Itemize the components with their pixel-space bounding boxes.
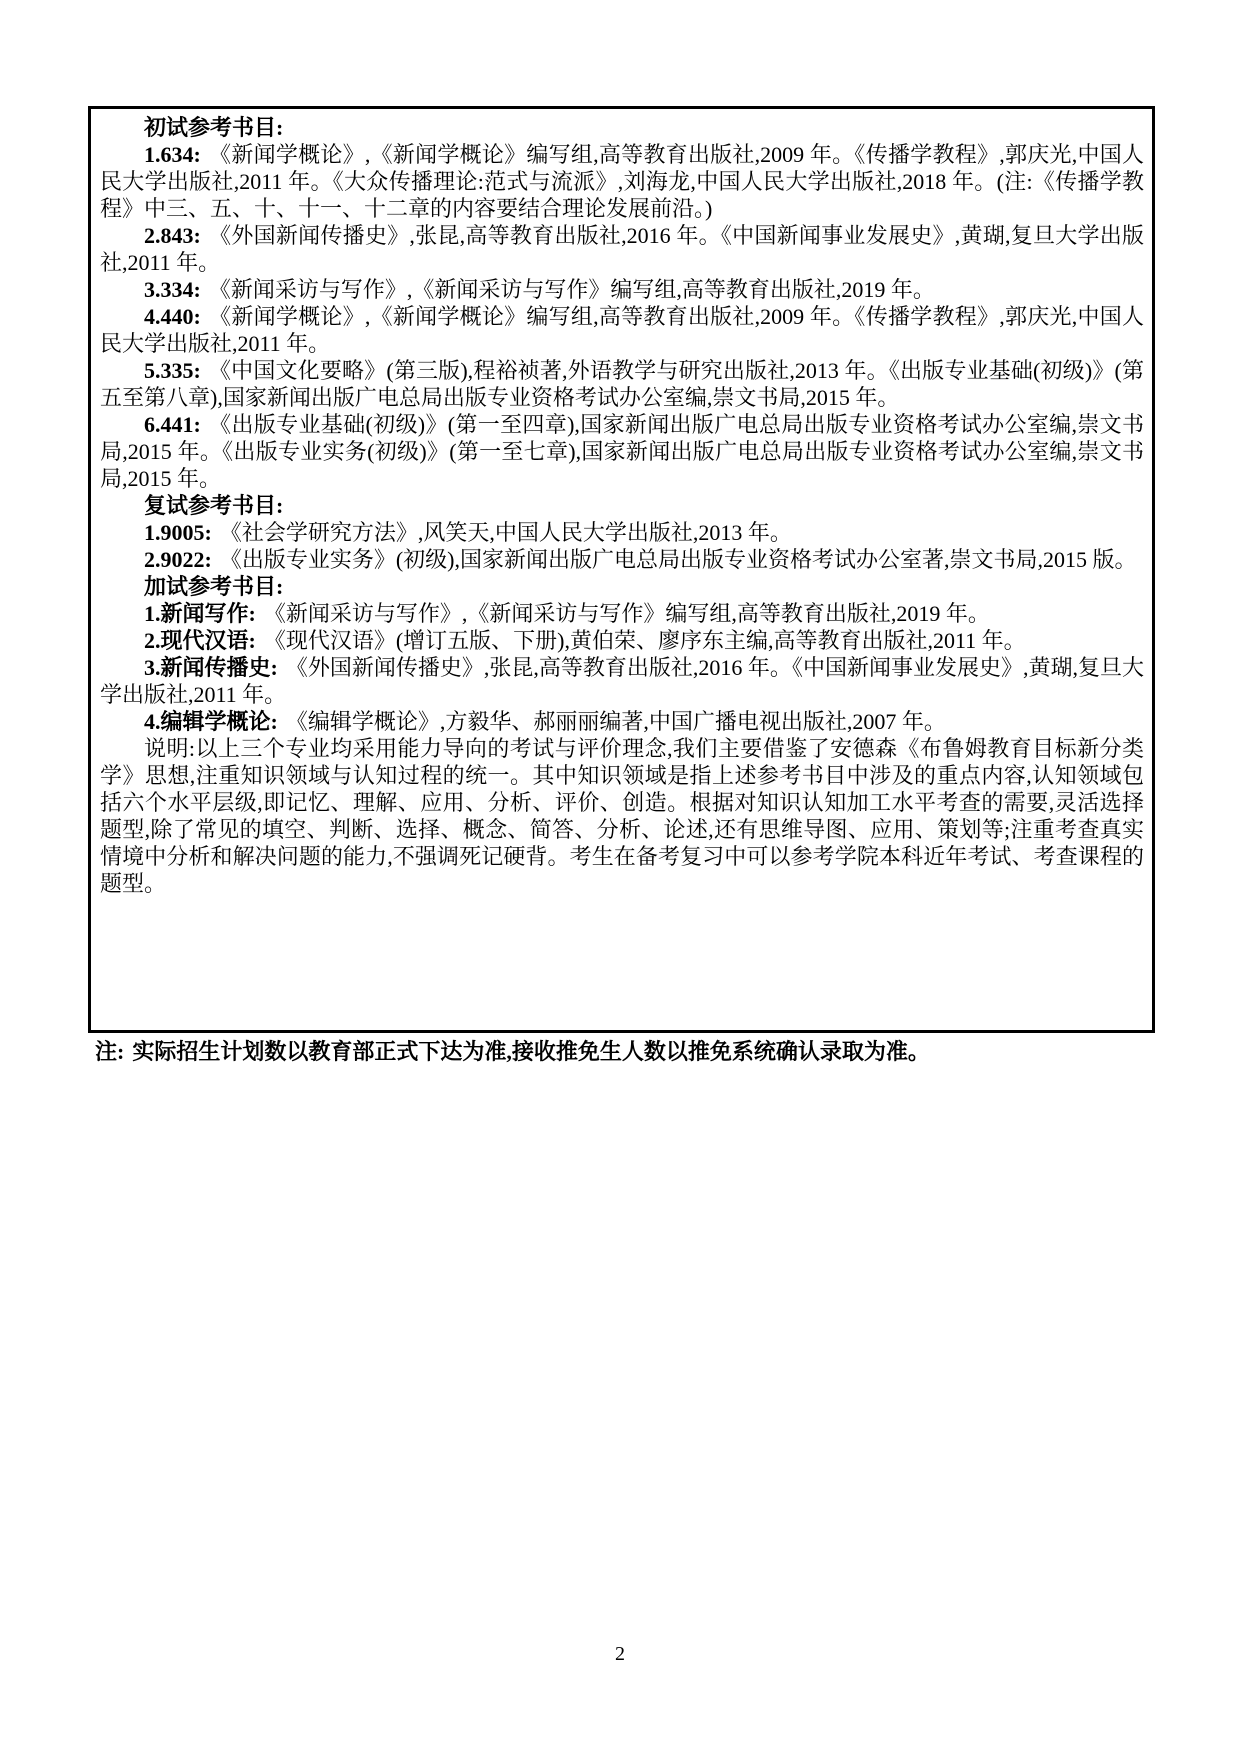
item-text: 《中国文化要略》(第三版),程裕祯著,外语教学与研究出版社,2013 年。《出版… xyxy=(100,358,1144,410)
item-text: 《外国新闻传播史》,张昆,高等教育出版社,2016 年。《中国新闻事业发展史》,… xyxy=(100,223,1144,275)
item-label: 5.335: xyxy=(144,358,201,383)
book-list-item: 1.9005:《社会学研究方法》,风笑天,中国人民大学出版社,2013 年。 xyxy=(100,519,1144,546)
item-text: 《编辑学概论》,方毅华、郝丽丽编著,中国广播电视出版社,2007 年。 xyxy=(286,709,946,734)
book-list-item: 1.634:《新闻学概论》,《新闻学概论》编写组,高等教育出版社,2009 年。… xyxy=(100,141,1144,222)
item-label: 4.440: xyxy=(144,304,201,329)
admission-note: 注:实际招生计划数以教育部正式下达为准,接收推免生人数以推免系统确认录取为准。 xyxy=(95,1038,1157,1065)
book-list-item: 2.9022:《出版专业实务》(初级),国家新闻出版广电总局出版专业资格考试办公… xyxy=(100,546,1144,573)
explanation-paragraph: 说明:以上三个专业均采用能力导向的考试与评价理念,我们主要借鉴了安德森《布鲁姆教… xyxy=(100,735,1144,897)
book-list-item: 6.441:《出版专业基础(初级)》(第一至四章),国家新闻出版广电总局出版专业… xyxy=(100,411,1144,492)
item-text: 《新闻采访与写作》,《新闻采访与写作》编写组,高等教育出版社,2019 年。 xyxy=(209,277,935,302)
item-label: 6.441: xyxy=(144,412,201,437)
item-label: 1.634: xyxy=(144,142,201,167)
document-page: 初试参考书目:1.634:《新闻学概论》,《新闻学概论》编写组,高等教育出版社,… xyxy=(0,0,1240,1754)
book-list-item: 4.编辑学概论:《编辑学概论》,方毅华、郝丽丽编著,中国广播电视出版社,2007… xyxy=(100,708,1144,735)
item-text: 《社会学研究方法》,风笑天,中国人民大学出版社,2013 年。 xyxy=(220,520,792,545)
reference-books-box: 初试参考书目:1.634:《新闻学概论》,《新闻学概论》编写组,高等教育出版社,… xyxy=(88,106,1155,1033)
item-label: 3.新闻传播史: xyxy=(144,655,278,680)
section-heading: 加试参考书目: xyxy=(100,573,1144,600)
item-text: 《新闻学概论》,《新闻学概论》编写组,高等教育出版社,2009 年。《传播学教程… xyxy=(100,142,1144,221)
book-list-item: 3.新闻传播史:《外国新闻传播史》,张昆,高等教育出版社,2016 年。《中国新… xyxy=(100,654,1144,708)
item-text: 《新闻学概论》,《新闻学概论》编写组,高等教育出版社,2009 年。《传播学教程… xyxy=(100,304,1144,356)
item-text: 《出版专业基础(初级)》(第一至四章),国家新闻出版广电总局出版专业资格考试办公… xyxy=(100,412,1144,491)
page-number: 2 xyxy=(0,1642,1240,1666)
section-heading: 复试参考书目: xyxy=(100,492,1144,519)
book-list-item: 1.新闻写作:《新闻采访与写作》,《新闻采访与写作》编写组,高等教育出版社,20… xyxy=(100,600,1144,627)
note-label: 注: xyxy=(95,1039,124,1064)
item-label: 2.843: xyxy=(144,223,201,248)
book-list-item: 3.334:《新闻采访与写作》,《新闻采访与写作》编写组,高等教育出版社,201… xyxy=(100,276,1144,303)
book-list-item: 5.335:《中国文化要略》(第三版),程裕祯著,外语教学与研究出版社,2013… xyxy=(100,357,1144,411)
item-label: 3.334: xyxy=(144,277,201,302)
book-list-item: 2.843:《外国新闻传播史》,张昆,高等教育出版社,2016 年。《中国新闻事… xyxy=(100,222,1144,276)
book-list-item: 2.现代汉语:《现代汉语》(增订五版、下册),黄伯荣、廖序东主编,高等教育出版社… xyxy=(100,627,1144,654)
item-label: 1.新闻写作: xyxy=(144,601,256,626)
item-text: 《现代汉语》(增订五版、下册),黄伯荣、廖序东主编,高等教育出版社,2011 年… xyxy=(264,628,1026,653)
item-text: 《新闻采访与写作》,《新闻采访与写作》编写组,高等教育出版社,2019 年。 xyxy=(264,601,990,626)
item-label: 4.编辑学概论: xyxy=(144,709,278,734)
item-label: 2.9022: xyxy=(144,547,212,572)
book-list-item: 4.440:《新闻学概论》,《新闻学概论》编写组,高等教育出版社,2009 年。… xyxy=(100,303,1144,357)
item-label: 2.现代汉语: xyxy=(144,628,256,653)
section-heading: 初试参考书目: xyxy=(100,114,1144,141)
item-label: 1.9005: xyxy=(144,520,212,545)
item-text: 《出版专业实务》(初级),国家新闻出版广电总局出版专业资格考试办公室著,崇文书局… xyxy=(220,547,1137,572)
note-text: 实际招生计划数以教育部正式下达为准,接收推免生人数以推免系统确认录取为准。 xyxy=(132,1039,930,1064)
